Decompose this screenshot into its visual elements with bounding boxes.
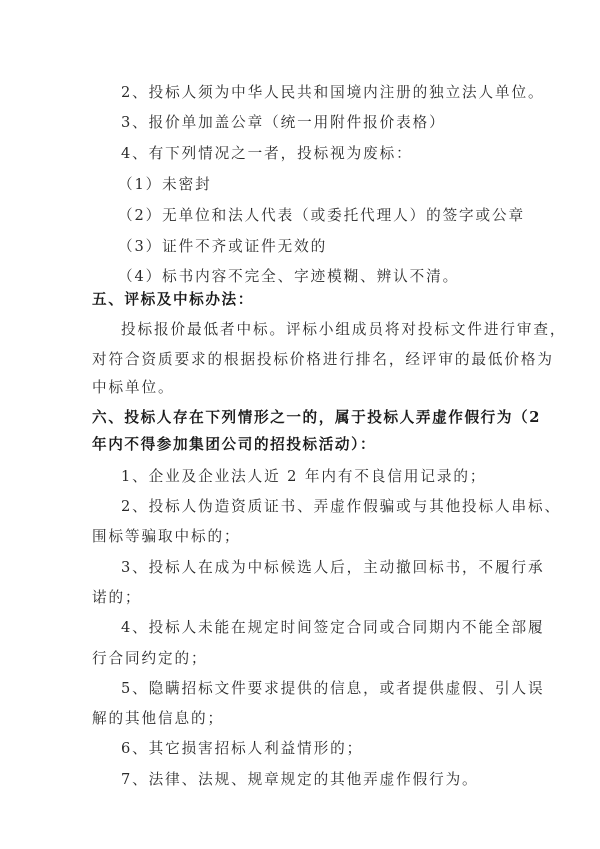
section-5-heading: 五、评标及中标办法： bbox=[92, 291, 522, 309]
section-6-heading-line-2: 年内不得参加集团公司的招投标活动）： bbox=[92, 436, 522, 454]
invalid-condition-3: （3）证件不齐或证件无效的 bbox=[118, 238, 548, 256]
invalid-condition-2: （2）无单位和法人代表（或委托代理人）的签字或公章 bbox=[118, 207, 548, 225]
violation-item-6: 6、其它损害招标人利益情形的； bbox=[121, 740, 551, 758]
invalid-condition-4: （4）标书内容不完全、字迹模糊、辨认不清。 bbox=[118, 268, 548, 286]
section-6-heading-line-1: 六、投标人存在下列情形之一的，属于投标人弄虚作假行为（2 bbox=[92, 409, 522, 427]
violation-item-4-line-2: 行合同约定的； bbox=[92, 650, 522, 668]
violation-item-2-line-2: 围标等骗取中标的； bbox=[92, 528, 522, 546]
section-5-paragraph-line-2: 对符合资质要求的根据投标价格进行排名，经评审的最低价格为 bbox=[92, 351, 522, 369]
violation-item-7: 7、法律、法规、规章规定的其他弄虚作假行为。 bbox=[121, 771, 551, 789]
invalid-condition-1: （1）未密封 bbox=[118, 176, 548, 194]
violation-item-3-line-2: 诺的； bbox=[92, 589, 522, 607]
violation-item-5-line-2: 解的其他信息的； bbox=[92, 710, 522, 728]
violation-item-4-line-1: 4、投标人未能在规定时间签定合同或合同期内不能全部履 bbox=[121, 619, 551, 637]
section-5-paragraph-line-1: 投标报价最低者中标。评标小组成员将对投标文件进行审查， bbox=[121, 321, 551, 339]
violation-item-5-line-1: 5、隐瞒招标文件要求提供的信息，或者提供虚假、引人误 bbox=[121, 680, 551, 698]
requirement-4: 4、有下列情况之一者，投标视为废标： bbox=[121, 145, 551, 163]
requirement-3: 3、报价单加盖公章（统一用附件报价表格） bbox=[121, 114, 551, 132]
section-5-paragraph-line-3: 中标单位。 bbox=[92, 379, 522, 397]
requirement-2: 2、投标人须为中华人民共和国境内注册的独立法人单位。 bbox=[121, 84, 551, 102]
document-page: 2、投标人须为中华人民共和国境内注册的独立法人单位。 3、报价单加盖公章（统一用… bbox=[0, 0, 600, 849]
violation-item-2-line-1: 2、投标人伪造资质证书、弄虚作假骗或与其他投标人串标、 bbox=[121, 498, 551, 516]
violation-item-1: 1、企业及企业法人近 2 年内有不良信用记录的； bbox=[121, 468, 551, 486]
violation-item-3-line-1: 3、投标人在成为中标候选人后，主动撤回标书，不履行承 bbox=[121, 559, 551, 577]
